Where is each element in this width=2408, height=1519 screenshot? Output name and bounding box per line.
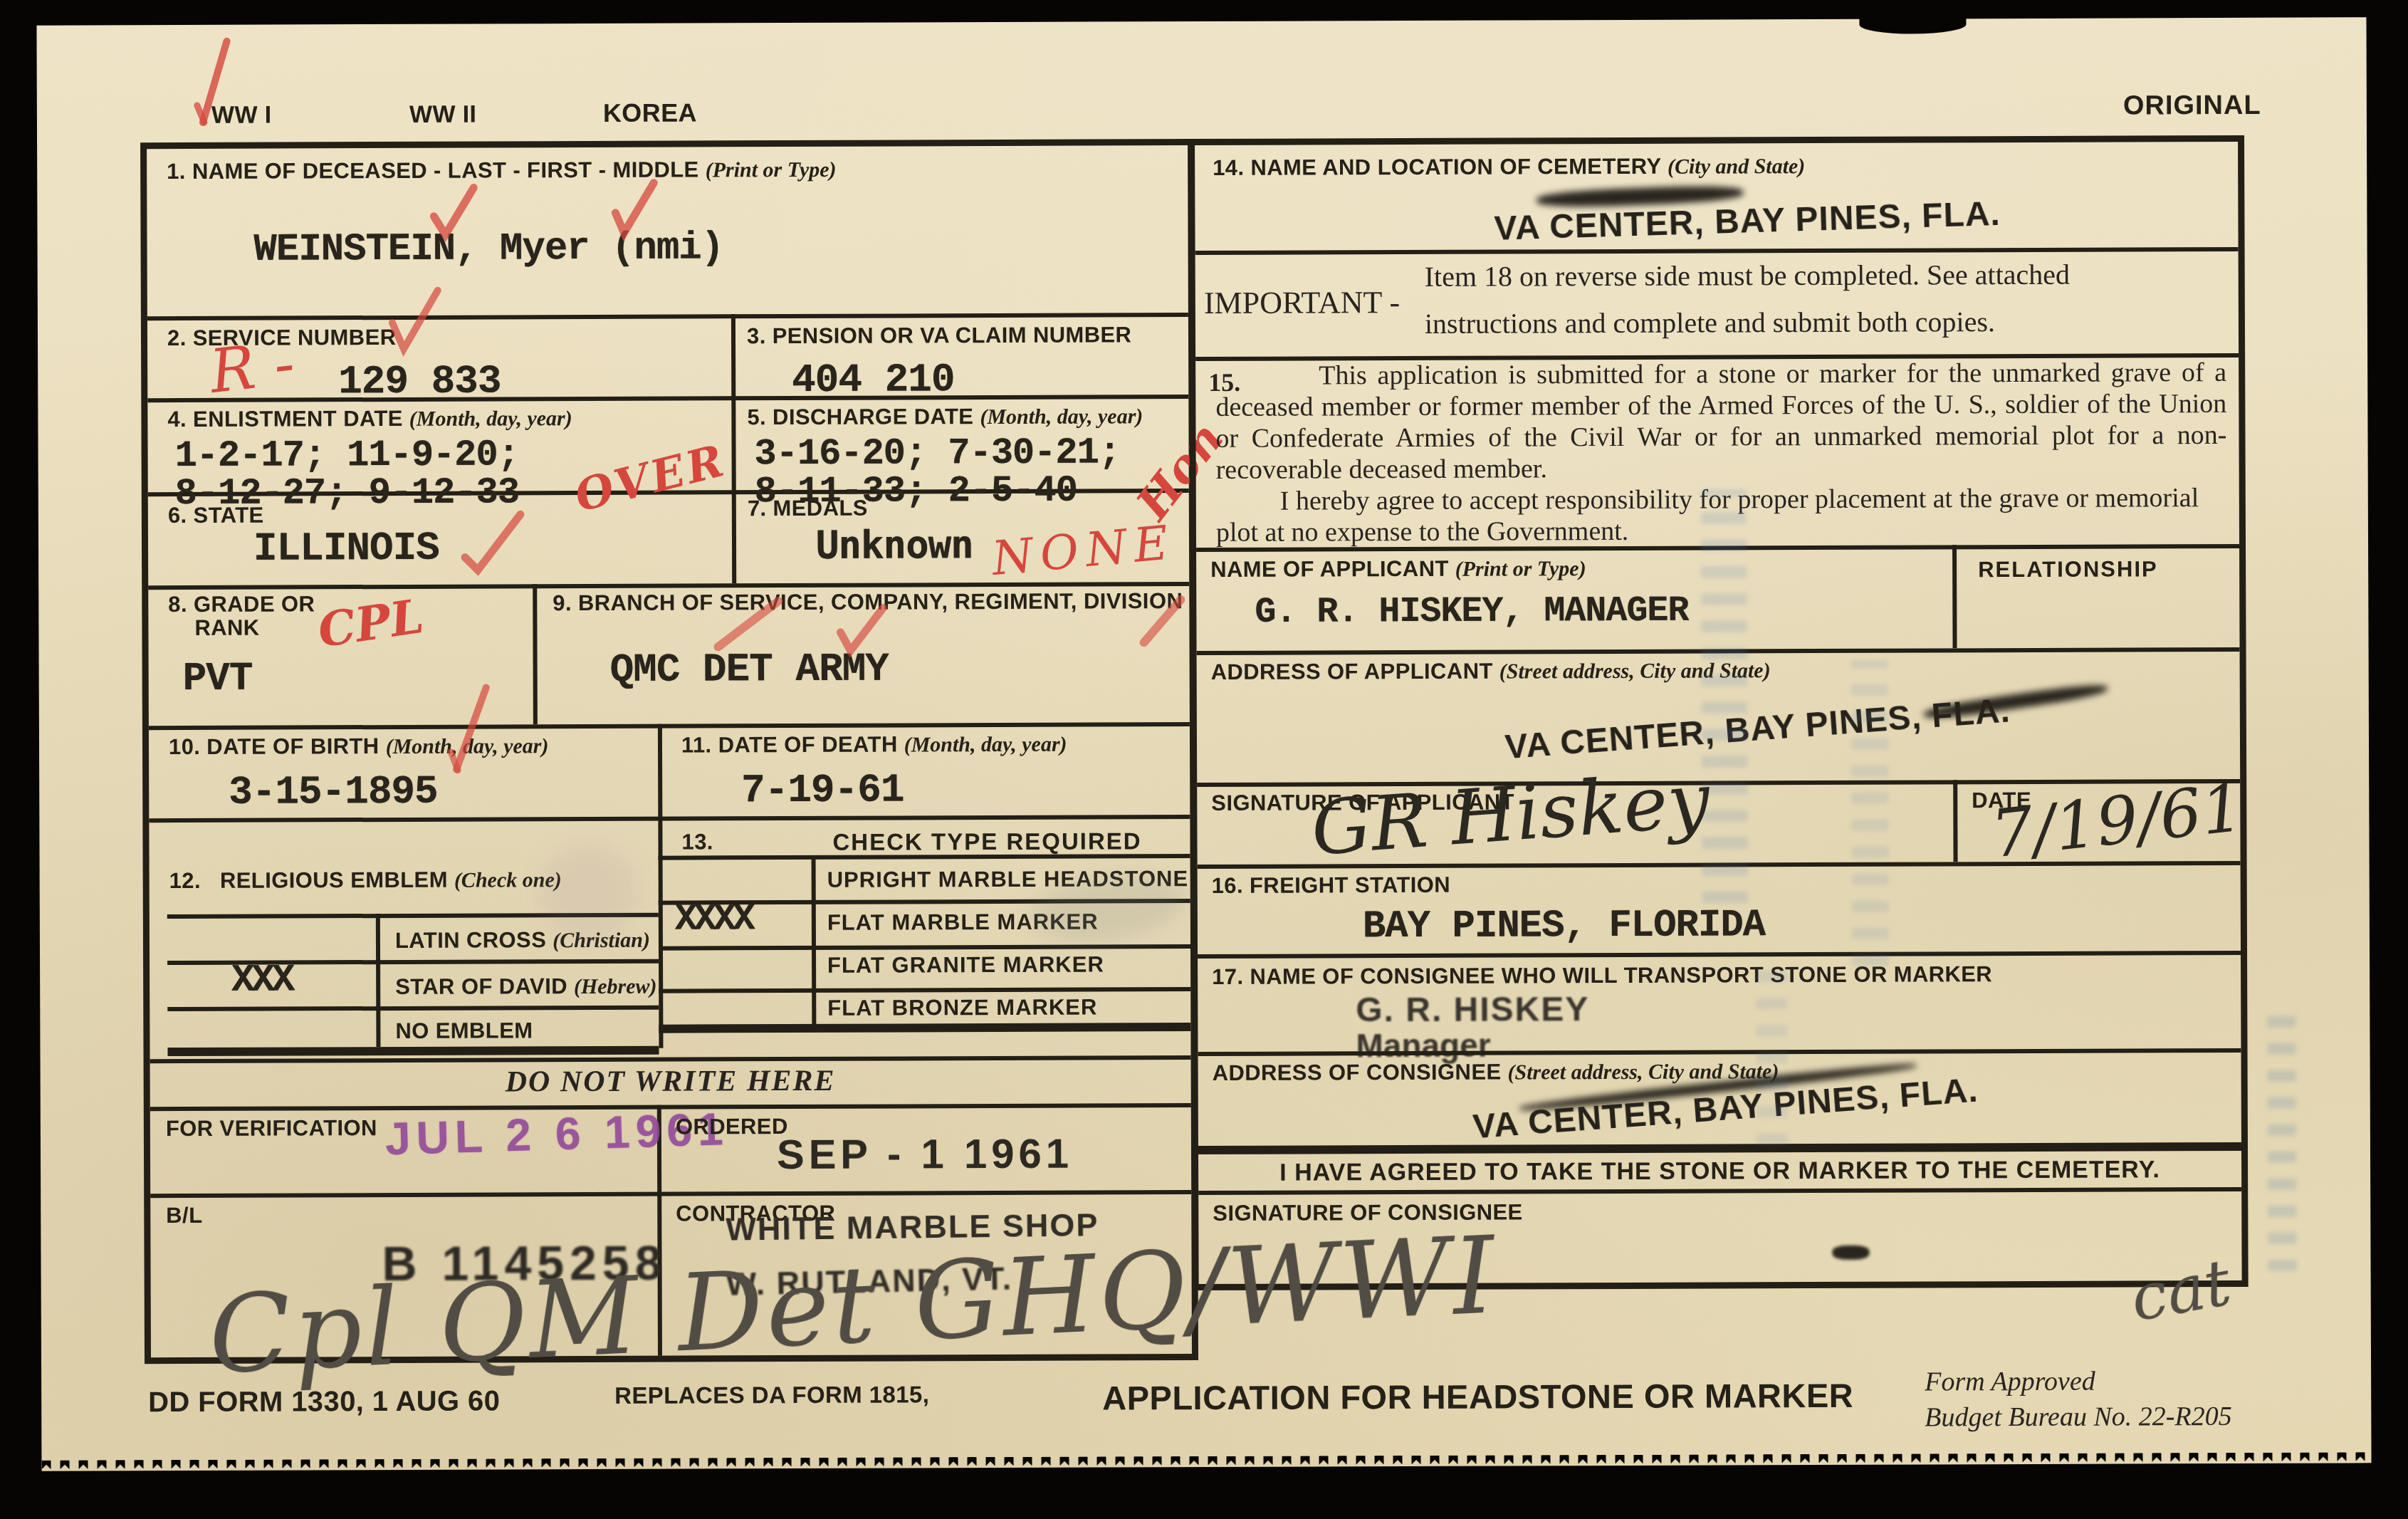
form-approved-line1: Form Approved: [1925, 1366, 2095, 1398]
divider: [149, 815, 1190, 823]
service-number-red-prefix: R -: [206, 328, 298, 407]
state-value: ILLINOIS: [253, 526, 439, 572]
box15-paragraph2: I hereby agree to accept responsibility …: [1216, 482, 2227, 548]
box11-label-text: 11. DATE OF DEATH: [681, 732, 898, 758]
divider: [1953, 780, 1957, 862]
marker-option-label: UPRIGHT MARBLE HEADSTONE: [827, 866, 1189, 893]
emblem-option-label: NO EMBLEM: [395, 1018, 533, 1044]
ink-mark: [1832, 1246, 1869, 1260]
divider: [658, 724, 664, 1048]
form-title: APPLICATION FOR HEADSTONE OR MARKER: [1102, 1376, 1853, 1418]
divider: [1198, 1187, 2241, 1195]
stamp-bleedthrough: [2267, 1015, 2296, 1271]
applicant-name-label: NAME OF APPLICANT (Print or Type): [1210, 555, 1586, 583]
birth-date-value: 3-15-1895: [229, 769, 438, 815]
box4-label: 4. ENLISTMENT DATE (Month, day, year): [167, 405, 572, 432]
divider: [167, 1006, 659, 1011]
service-number-value: 129 833: [338, 358, 501, 404]
applicant-date-script: 7/19/61: [1988, 770, 2247, 873]
form-right-column: 14. NAME AND LOCATION OF CEMETERY (City …: [1188, 135, 2249, 1290]
discharge-dates-line1: 3-16-20; 7-30-21;: [754, 432, 1120, 475]
applicant-name-label-text: NAME OF APPLICANT: [1210, 556, 1449, 582]
divider: [659, 944, 1190, 951]
box11-note: (Month, day, year): [904, 733, 1067, 757]
divider: [1952, 545, 1957, 648]
applicant-signature-script: GR Hiskey: [1309, 756, 1713, 872]
divider: [150, 1055, 1191, 1063]
red-check-icon: [711, 595, 789, 652]
box12-label: 12. RELIGIOUS EMBLEM (Check one): [169, 867, 562, 894]
applicant-name-note: (Print or Type): [1455, 557, 1586, 581]
applicant-address-stamp: VA CENTER, BAY PINES, FLA.: [1504, 691, 2012, 767]
freight-station-value: BAY PINES, FLORIDA: [1363, 904, 1766, 949]
divider: [1195, 247, 2239, 255]
box5-label-text: 5. DISCHARGE DATE: [747, 404, 973, 429]
enlistment-dates-line1: 1-2-17; 11-9-20;: [174, 434, 518, 477]
important-line1: Item 18 on reverse side must be complete…: [1425, 258, 2071, 293]
emblem-option-label: STAR OF DAVID (Hebrew): [395, 973, 656, 1000]
death-date-value: 7-19-61: [741, 767, 904, 813]
applicant-address-label: ADDRESS OF APPLICANT (Street address, Ci…: [1211, 657, 1771, 685]
box16-label: 16. FREIGHT STATION: [1212, 872, 1451, 899]
marker-option-label: FLAT GRANITE MARKER: [827, 951, 1104, 978]
marker-option-label: FLAT MARBLE MARKER: [827, 909, 1099, 936]
divider: [147, 395, 1188, 402]
box12-number: 12.: [169, 868, 201, 893]
divider: [731, 314, 736, 583]
box10-label-text: 10. DATE OF BIRTH: [169, 734, 379, 759]
ordered-label: ORDERED: [676, 1114, 788, 1140]
box11-label: 11. DATE OF DEATH (Month, day, year): [681, 731, 1067, 758]
red-check-icon: [190, 36, 240, 125]
divider: [1198, 1142, 2241, 1154]
box5-label: 5. DISCHARGE DATE (Month, day, year): [747, 403, 1143, 430]
red-check-icon: [428, 182, 481, 239]
box13-title: CHECK TYPE REQUIRED: [832, 828, 1141, 856]
divider: [167, 913, 659, 919]
torn-paper-edge: [42, 1452, 2372, 1473]
replaces-note: REPLACES DA FORM 1815,: [614, 1381, 929, 1409]
box1-note: (Print or Type): [706, 158, 837, 182]
over-annotation: OVER: [570, 434, 731, 522]
marker-option-check: XXXX: [675, 898, 753, 940]
war-label-korea: KOREA: [603, 98, 697, 127]
box12-note: (Check one): [454, 868, 562, 892]
marker-option-label: FLAT BRONZE MARKER: [827, 995, 1097, 1021]
none-annotation: NONE: [990, 515, 1178, 586]
divider: [1198, 1048, 2241, 1056]
verification-label: FOR VERIFICATION: [166, 1115, 377, 1142]
divider: [659, 854, 1190, 860]
do-not-write-heading: DO NOT WRITE HERE: [150, 1063, 1191, 1100]
consignee-name-stamp: G. R. HISKEY: [1356, 990, 1589, 1030]
box4-note: (Month, day, year): [409, 407, 572, 431]
red-check-icon: [458, 507, 529, 575]
divider: [150, 1190, 1191, 1198]
claim-number-value: 404 210: [792, 357, 954, 403]
grade-value: PVT: [183, 656, 253, 701]
form-approved-line2: Budget Bureau No. 22-R205: [1925, 1401, 2231, 1434]
form-left-column: 1. NAME OF DECEASED - LAST - FIRST - MID…: [140, 139, 1198, 1364]
emblem-option-check: XXX: [231, 959, 292, 1002]
emblem-option-note: (Christian): [553, 929, 650, 952]
applicant-name-value: G. R. HISKEY, MANAGER: [1255, 591, 1688, 633]
relationship-label: RELATIONSHIP: [1978, 556, 2158, 583]
divider: [167, 1046, 659, 1056]
discharge-dates-line2: 8-11-33; 2-5-40: [755, 470, 1077, 513]
medals-value: Unknown: [816, 522, 973, 568]
divider: [1198, 951, 2241, 959]
applicant-address-label-text: ADDRESS OF APPLICANT: [1211, 659, 1493, 684]
divider: [149, 722, 1190, 730]
red-check-icon: [446, 680, 496, 773]
consignee-address-label-text: ADDRESS OF CONSIGNEE: [1213, 1060, 1502, 1085]
red-check-icon: [1138, 594, 1188, 647]
box14-note: (City and State): [1668, 155, 1805, 179]
box5-note: (Month, day, year): [980, 404, 1143, 429]
emblem-option-label: LATIN CROSS (Christian): [395, 927, 650, 954]
box8-label-line2: RANK: [194, 615, 259, 641]
box3-label: 3. PENSION OR VA CLAIM NUMBER: [747, 322, 1131, 349]
divider: [1197, 647, 2240, 655]
box4-label-text: 4. ENLISTMENT DATE: [167, 406, 403, 432]
emblem-option-text: NO EMBLEM: [395, 1018, 533, 1043]
box13-number: 13.: [681, 829, 713, 855]
red-check-icon: [382, 283, 446, 355]
important-line2: instructions and complete and submit bot…: [1425, 305, 1995, 340]
applicant-address-note: (Street address, City and State): [1499, 659, 1771, 683]
divider: [533, 584, 538, 724]
box14-label: 14. NAME AND LOCATION OF CEMETERY (City …: [1213, 153, 1805, 181]
enlistment-dates-line2: 8-12-27; 9-12-33: [175, 471, 519, 515]
divider: [147, 313, 1188, 320]
important-label: IMPORTANT -: [1204, 284, 1401, 321]
emblem-option-text: LATIN CROSS: [395, 927, 546, 953]
box8-label: 8. GRADE OR: [168, 591, 315, 617]
red-check-icon: [832, 602, 892, 656]
divider: [659, 987, 1190, 993]
paper-top-notch: [1859, 15, 1966, 34]
consignee-address-label: ADDRESS OF CONSIGNEE (Street address, Ci…: [1213, 1058, 1779, 1086]
box1-label: 1. NAME OF DECEASED - LAST - FIRST - MID…: [167, 157, 836, 184]
red-check-icon: [608, 177, 661, 238]
ordered-date-stamp: SEP - 1 1961: [777, 1130, 1073, 1179]
agreement-statement: I HAVE AGREED TO TAKE THE STONE OR MARKE…: [1198, 1156, 2241, 1187]
scanned-form-paper: WW I WW II KOREA ORIGINAL 1. NAME OF DEC…: [36, 17, 2371, 1471]
box15-paragraph1: This application is submitted for a ston…: [1215, 357, 2227, 486]
box14-label-text: 14. NAME AND LOCATION OF CEMETERY: [1213, 154, 1661, 180]
bl-label: B/L: [166, 1203, 202, 1228]
emblem-option-note: (Hebrew): [574, 975, 657, 998]
emblem-option-text: STAR OF DAVID: [395, 973, 567, 999]
divider: [376, 914, 381, 1047]
divider: [812, 855, 817, 1024]
box17-label: 17. NAME OF CONSIGNEE WHO WILL TRANSPORT…: [1212, 961, 1992, 990]
war-label-ww2: WW II: [409, 101, 477, 129]
divider: [659, 1023, 1190, 1033]
original-copy-label: ORIGINAL: [2123, 90, 2261, 122]
box12-title: RELIGIOUS EMBLEM: [220, 867, 448, 893]
cpl-annotation: CPL: [315, 588, 427, 658]
